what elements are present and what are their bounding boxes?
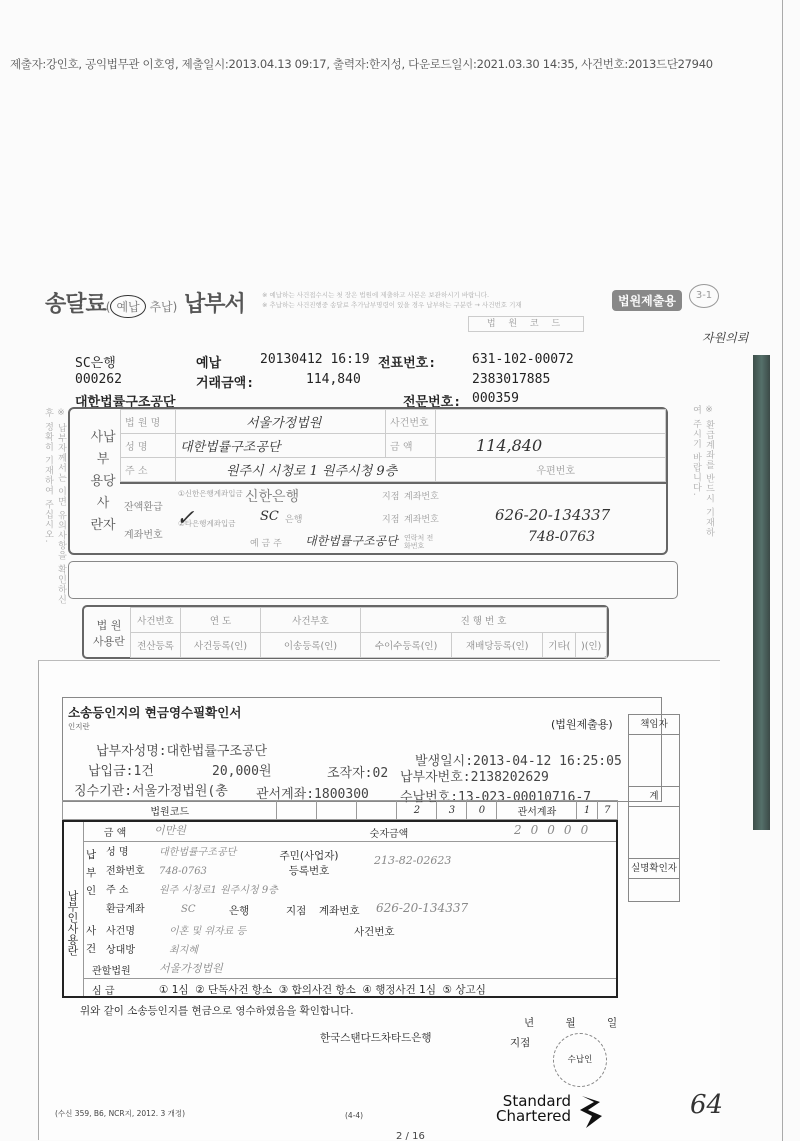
court-code-box: 법 원 코 드 bbox=[468, 316, 584, 332]
court-use-label: 법 원 사용란 bbox=[92, 617, 126, 649]
row-address: 주 소 원주시 시청로 1 원주시청 9층 우편번호 bbox=[121, 458, 666, 482]
transaction-amount: 114,840 bbox=[306, 372, 361, 387]
instance-label: 심 급 bbox=[92, 982, 115, 997]
teller-label: 계 bbox=[629, 787, 679, 807]
row-name: 성 명 대한법률구조공단 금 액 114,840 bbox=[121, 434, 666, 458]
rc-refund-bank: SC bbox=[159, 900, 278, 919]
rc-amount-hand: 이만원 bbox=[154, 822, 186, 838]
bank-name: SC은행 bbox=[75, 352, 116, 371]
case-sub-label: 사건 bbox=[86, 922, 100, 958]
jurisdiction-value: 서울가정법원 bbox=[159, 960, 223, 976]
confirmation-text: 위와 같이 소송등인지를 현금으로 영수하였음을 확인합니다. bbox=[80, 1003, 354, 1018]
rc-bank-suffix: 은행 bbox=[229, 903, 249, 918]
progress-no-header: 진 행 번 호 bbox=[361, 608, 607, 633]
id-checker-box bbox=[629, 879, 679, 901]
depositor-label: 예 금 주 bbox=[250, 536, 282, 549]
rc-address-value: 원주 시청로1 원주시청 9층 bbox=[159, 881, 278, 900]
name-label: 성 명 bbox=[121, 434, 176, 458]
transfer-reg-label: 이송등록(인) bbox=[261, 633, 361, 658]
page-edge bbox=[782, 0, 783, 1141]
refund-section: 잔액환급 계좌번호 ①신한은행계좌입금 ②타은행계좌입금 ✓ 신한은행 SC 은… bbox=[120, 482, 666, 554]
title-main: 송달료 bbox=[45, 292, 106, 317]
option-other: 추납 bbox=[149, 300, 172, 314]
payer-section: 사납 부 용당 사 란자 법 원 명 서울가정법원 사건번호 성 명 대한법률구… bbox=[68, 407, 668, 555]
rc-refund-label: 환급계좌 bbox=[106, 900, 145, 919]
amount-label: 거래금액: bbox=[196, 372, 254, 391]
refund-account-no: 626-20-134337 bbox=[495, 506, 610, 524]
year-header: 연 도 bbox=[181, 608, 261, 633]
court-submission-label: (법원제출용) bbox=[551, 716, 613, 732]
receive-reg-label: 수이수등록(인) bbox=[361, 633, 452, 658]
payer-use-frame: 납부인사용란 금 액 이만원 숫자금액 20000 납부인 성 명 전화번호 주… bbox=[62, 820, 618, 998]
court-code-digit: 3 bbox=[437, 801, 467, 820]
reassign-reg-label: 재배당등록(인) bbox=[452, 633, 543, 658]
approval-boxes: 책임자 계 실명확인자 bbox=[628, 714, 680, 902]
case-row-labels: 사건명 상대방 bbox=[106, 922, 135, 960]
check-mark: ✓ bbox=[176, 506, 194, 531]
day-label: 일 bbox=[607, 1017, 617, 1029]
page-fraction: (4-4) bbox=[345, 1111, 363, 1120]
court-code-row: 법원코드 2 3 0 관서계좌 1 7 bbox=[63, 801, 618, 820]
rc-amount-label: 금 액 bbox=[86, 824, 144, 839]
stamp-area-label: 인지란 bbox=[68, 721, 90, 732]
page-number: 2 / 16 bbox=[396, 1131, 425, 1141]
postal-code-label: 우편번호 bbox=[436, 458, 666, 482]
court-case-no-label: 사건번호 bbox=[131, 608, 181, 633]
payer-sub-label: 납부인 bbox=[86, 846, 100, 900]
teller-box bbox=[629, 807, 679, 859]
page-mark: 3-1 bbox=[689, 284, 719, 308]
logo-line-2: Chartered bbox=[496, 1109, 571, 1124]
amount-label: 금 액 bbox=[386, 434, 436, 458]
side-label-4: 사 bbox=[88, 493, 118, 515]
court-code-digit: 2 bbox=[397, 801, 437, 820]
payer-name-line: 납부자성명:대한법률구조공단 bbox=[96, 740, 267, 759]
option-selected: 예납 bbox=[110, 295, 145, 318]
divider bbox=[84, 978, 616, 979]
form-title: 송달료(예납 추납) 납부서 bbox=[45, 287, 245, 318]
court-name-label: 법 원 명 bbox=[121, 410, 176, 434]
form-code: (수신 359, B6, NCR지, 2012. 3 개정) bbox=[55, 1108, 185, 1119]
branch-label-2: 지점 bbox=[382, 512, 399, 525]
office-account-digit: 1 bbox=[577, 801, 597, 820]
rc-phone-label: 전화번호 bbox=[106, 862, 145, 881]
payment-count: 납입금:1건 bbox=[88, 760, 154, 779]
payer-row-labels: 성 명 전화번호 주 소 환급계좌 bbox=[106, 843, 145, 919]
rc-case-no-label: 사건번호 bbox=[354, 924, 395, 939]
divider bbox=[84, 841, 616, 842]
branch-label-1: 지점 bbox=[382, 489, 399, 502]
payer-side-label: 사납 부 용당 사 란자 bbox=[88, 427, 118, 537]
seal-label: )(인) bbox=[576, 633, 607, 658]
address-value: 원주시 시청로 1 원주시청 9층 bbox=[176, 458, 436, 482]
rc-name-label: 성 명 bbox=[106, 843, 145, 862]
case-code-header: 사건부호 bbox=[261, 608, 361, 633]
case-name-label: 사건명 bbox=[106, 922, 135, 941]
court-submission-badge: 법원제출용 bbox=[612, 290, 682, 311]
name-value: 대한법률구조공단 bbox=[176, 434, 386, 458]
payer-number: 납부자번호:2138202629 bbox=[400, 766, 549, 785]
rc-account-label: 계좌번호 bbox=[319, 903, 360, 918]
rc-name-value: 대한법률구조공단 bbox=[159, 843, 278, 862]
stamp-receipt-title: 소송등인지의 현금영수필확인서 bbox=[68, 703, 241, 721]
account-label-1: 계좌번호 bbox=[404, 489, 439, 502]
jurisdiction-label: 관할법원 bbox=[92, 962, 131, 977]
contact-label: 연락처 전화번호 bbox=[404, 534, 434, 550]
case-reg-label: 사건등록(인) bbox=[181, 633, 261, 658]
refund-label: 잔액환급 bbox=[124, 498, 163, 513]
row-court: 법 원 명 서울가정법원 사건번호 bbox=[121, 410, 666, 434]
month-label: 월 bbox=[566, 1017, 576, 1029]
side-label-5: 란자 bbox=[88, 515, 118, 537]
numeric-amount-value: 20000 bbox=[514, 823, 597, 837]
side-label-1: 사납 bbox=[88, 427, 118, 449]
left-side-note: ※ 납부자께서는 이면 유의사항을 확인하신 후 정확히 기재하여 주십시오. bbox=[42, 408, 68, 618]
handwritten-number: 64 bbox=[690, 1090, 723, 1120]
other-label: 기타( bbox=[543, 633, 576, 658]
title-suffix: 납부서 bbox=[184, 292, 245, 317]
contact-value: 748-0763 bbox=[528, 529, 595, 545]
scan-shadow-bar bbox=[753, 355, 770, 830]
counterparty-label: 상대방 bbox=[106, 941, 135, 960]
refund-option-1[interactable]: ①신한은행계좌입금 bbox=[178, 488, 243, 499]
court-code-label: 법원코드 bbox=[63, 801, 277, 820]
note-2: ※ 추납하는 사건진행중 송달료 추가납부명령이 있을 경우 납부하는 구분란 … bbox=[262, 300, 592, 310]
blank-box bbox=[68, 561, 678, 599]
transaction-datetime: 20130412 16:19 bbox=[260, 352, 370, 367]
side-label-2: 부 bbox=[88, 449, 118, 471]
form-notes: ※ 예납하는 사건접수시는 첫 장은 법원에 제출하고 사본은 보관하시기 바랍… bbox=[262, 290, 592, 310]
computer-reg-label: 전산등록 bbox=[131, 633, 181, 658]
office-account-digit: 7 bbox=[597, 801, 617, 820]
slip-no-label: 전표번호: bbox=[378, 352, 436, 371]
payment-type: 예납 bbox=[196, 352, 221, 371]
office-account-label: 관서계좌 bbox=[497, 801, 577, 820]
counterparty-value: 최지혜 bbox=[169, 941, 246, 960]
supervisor-label: 책임자 bbox=[629, 715, 679, 735]
submission-header: 제출자:강인호, 공익법무관 이호영, 제출일시:2013.04.13 09:1… bbox=[10, 56, 713, 72]
court-code-digit: 0 bbox=[467, 801, 497, 820]
branch-suffix: 지점 bbox=[510, 1035, 530, 1050]
id-no-value: 213-82-02623 bbox=[374, 854, 451, 867]
receiver-seal: 수납인 bbox=[553, 1033, 607, 1087]
court-code-digit bbox=[277, 801, 317, 820]
right-side-note: ※ 환급계좌를 반드시 기재하여 주시기 바랍니다. bbox=[690, 405, 716, 545]
note-1: ※ 예납하는 사건접수시는 첫 장은 법원에 제출하고 사본은 보관하시기 바랍… bbox=[262, 290, 592, 300]
sc-logo-icon bbox=[578, 1092, 606, 1132]
depositor-value: 대한법률구조공단 bbox=[305, 532, 398, 549]
payer-row-values: 대한법률구조공단 748-0763 원주 시청로1 원주시청 9층 SC bbox=[159, 843, 278, 919]
bank-1: 신한은행 bbox=[245, 486, 299, 506]
amount-value: 114,840 bbox=[436, 434, 666, 458]
operator: 조작자:02 bbox=[327, 762, 388, 781]
case-name-value: 이혼 및 위자료 등 bbox=[169, 922, 246, 941]
address-label: 주 소 bbox=[121, 458, 176, 482]
account-no-label: 계좌번호 bbox=[124, 526, 163, 541]
id-no-label: 주민(사업자) 등록번호 bbox=[274, 848, 344, 878]
bank-2-suffix: 은행 bbox=[285, 512, 302, 525]
account-reference: 2383017885 bbox=[472, 372, 550, 387]
rc-account-value: 626-20-134337 bbox=[376, 901, 468, 915]
case-no-label: 사건번호 bbox=[386, 410, 436, 434]
court-use-section: 법 원 사용란 사건번호 연 도 사건부호 진 행 번 호 전산등록 사건등록(… bbox=[82, 605, 609, 659]
account-label-2: 계좌번호 bbox=[404, 512, 439, 525]
bank-2-hand: SC bbox=[260, 509, 279, 524]
numeric-amount-label: 숫자금액 bbox=[354, 825, 424, 840]
branch-code: 000262 bbox=[75, 372, 122, 387]
court-use-row-1: 사건번호 연 도 사건부호 진 행 번 호 bbox=[131, 608, 607, 633]
handwritten-note: 자원의뢰 bbox=[702, 329, 748, 346]
id-checker-label: 실명확인자 bbox=[629, 859, 679, 879]
payment-amount: 20,000원 bbox=[212, 760, 272, 779]
rc-address-label: 주 소 bbox=[106, 881, 145, 900]
instance-options: ① 1심 ② 단독사건 항소 ③ 합의사건 항소 ④ 행정사건 1심 ⑤ 상고심 bbox=[159, 982, 486, 997]
supervisor-box bbox=[629, 735, 679, 787]
collector: 징수기관:서울가정법원(총 bbox=[74, 780, 228, 799]
slip-no: 631-102-00072 bbox=[472, 352, 574, 367]
rc-phone-value: 748-0763 bbox=[159, 862, 278, 881]
court-name-value: 서울가정법원 bbox=[176, 410, 386, 434]
court-use-row-2: 전산등록 사건등록(인) 이송등록(인) 수이수등록(인) 재배당등록(인) 기… bbox=[131, 633, 607, 658]
message-no: 000359 bbox=[472, 391, 519, 406]
court-code-digit bbox=[317, 801, 357, 820]
bank-full-name: 한국스탠다드차타드은행 bbox=[320, 1030, 432, 1045]
court-code-digit bbox=[357, 801, 397, 820]
stamp-receipt-grid: 법원코드 2 3 0 관서계좌 1 7 bbox=[62, 800, 618, 820]
payer-use-label: 납부인사용란 bbox=[64, 822, 84, 996]
side-label-3: 용당 bbox=[88, 471, 118, 493]
date-labels: 년 월 일 bbox=[524, 1015, 617, 1030]
standard-chartered-logo: Standard Chartered bbox=[496, 1094, 571, 1124]
case-no-value bbox=[436, 410, 666, 434]
case-row-values: 이혼 및 위자료 등 최지혜 bbox=[169, 922, 246, 960]
year-label: 년 bbox=[524, 1017, 534, 1029]
rc-branch-label: 지점 bbox=[286, 903, 306, 918]
